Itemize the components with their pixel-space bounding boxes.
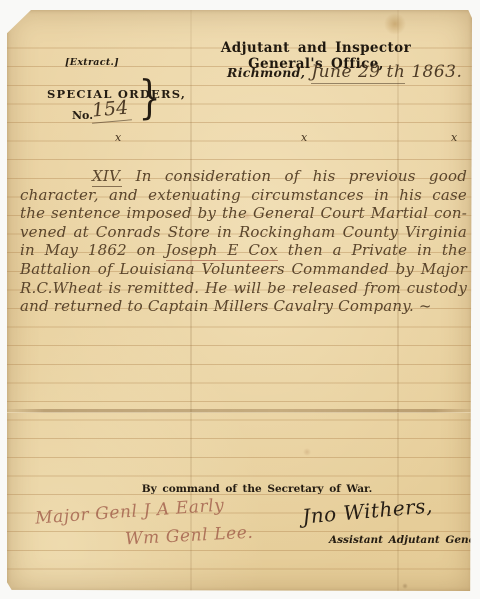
section-mark: x	[301, 131, 307, 144]
place-label: Richmond,	[227, 65, 305, 80]
endorsement-signature-early: Major Genl J A Early	[35, 495, 226, 528]
handwritten-date-day: June 29 th	[311, 62, 405, 84]
section-mark: x	[115, 131, 121, 144]
brace-glyph: }	[139, 74, 161, 120]
order-number-value: 154	[90, 96, 132, 123]
handwritten-date-year: 1863.	[411, 62, 462, 82]
extract-label: [Extract.]	[65, 57, 119, 68]
underlined-name: Joseph E Cox	[166, 241, 278, 261]
body-line: XIV. In consideration of his previous go…	[20, 167, 467, 186]
body-line: and returned to Captain Millers Cavalry …	[20, 297, 467, 316]
order-number-label: No.	[72, 109, 93, 122]
paragraph-number: XIV.	[92, 167, 122, 187]
body-line: in May 1862 on Joseph E Cox then a Priva…	[20, 241, 467, 260]
signature-title: Assistant Adjutant General.	[329, 534, 480, 546]
by-command-line: By command of the Secretary of War.	[127, 483, 387, 495]
body-line: Battalion of Louisiana Volunteers Comman…	[20, 260, 467, 279]
withers-signature: Jno Withers,	[301, 493, 433, 528]
body-line: the sentence imposed by the General Cour…	[20, 204, 467, 223]
endorsement-signature-lee: Wm Genl Lee.	[125, 523, 254, 550]
fold-crease-horizontal	[7, 409, 472, 413]
document-paper: Adjutant and Inspector General's Office,…	[7, 10, 472, 591]
flourish: ~	[419, 297, 432, 315]
body-line-text: In consideration of his previous good	[122, 167, 467, 185]
body-line-text: then a Private in the	[278, 241, 467, 259]
dateline: Richmond, June 29 th 1863.	[227, 62, 462, 82]
body-line: vened at Conrads Store in Rockingham Cou…	[20, 223, 467, 242]
section-mark: x	[451, 131, 457, 144]
body-line-text: in May 1862 on	[20, 241, 166, 259]
order-body: XIV. In consideration of his previous go…	[20, 167, 467, 316]
body-line: R.C.Wheat is remitted. He will be releas…	[20, 279, 467, 298]
handwritten-date: June 29 th 1863.	[311, 62, 462, 82]
body-line-text: and returned to Captain Millers Cavalry …	[20, 297, 414, 315]
body-line: character, and extenuating circumstances…	[20, 186, 467, 205]
